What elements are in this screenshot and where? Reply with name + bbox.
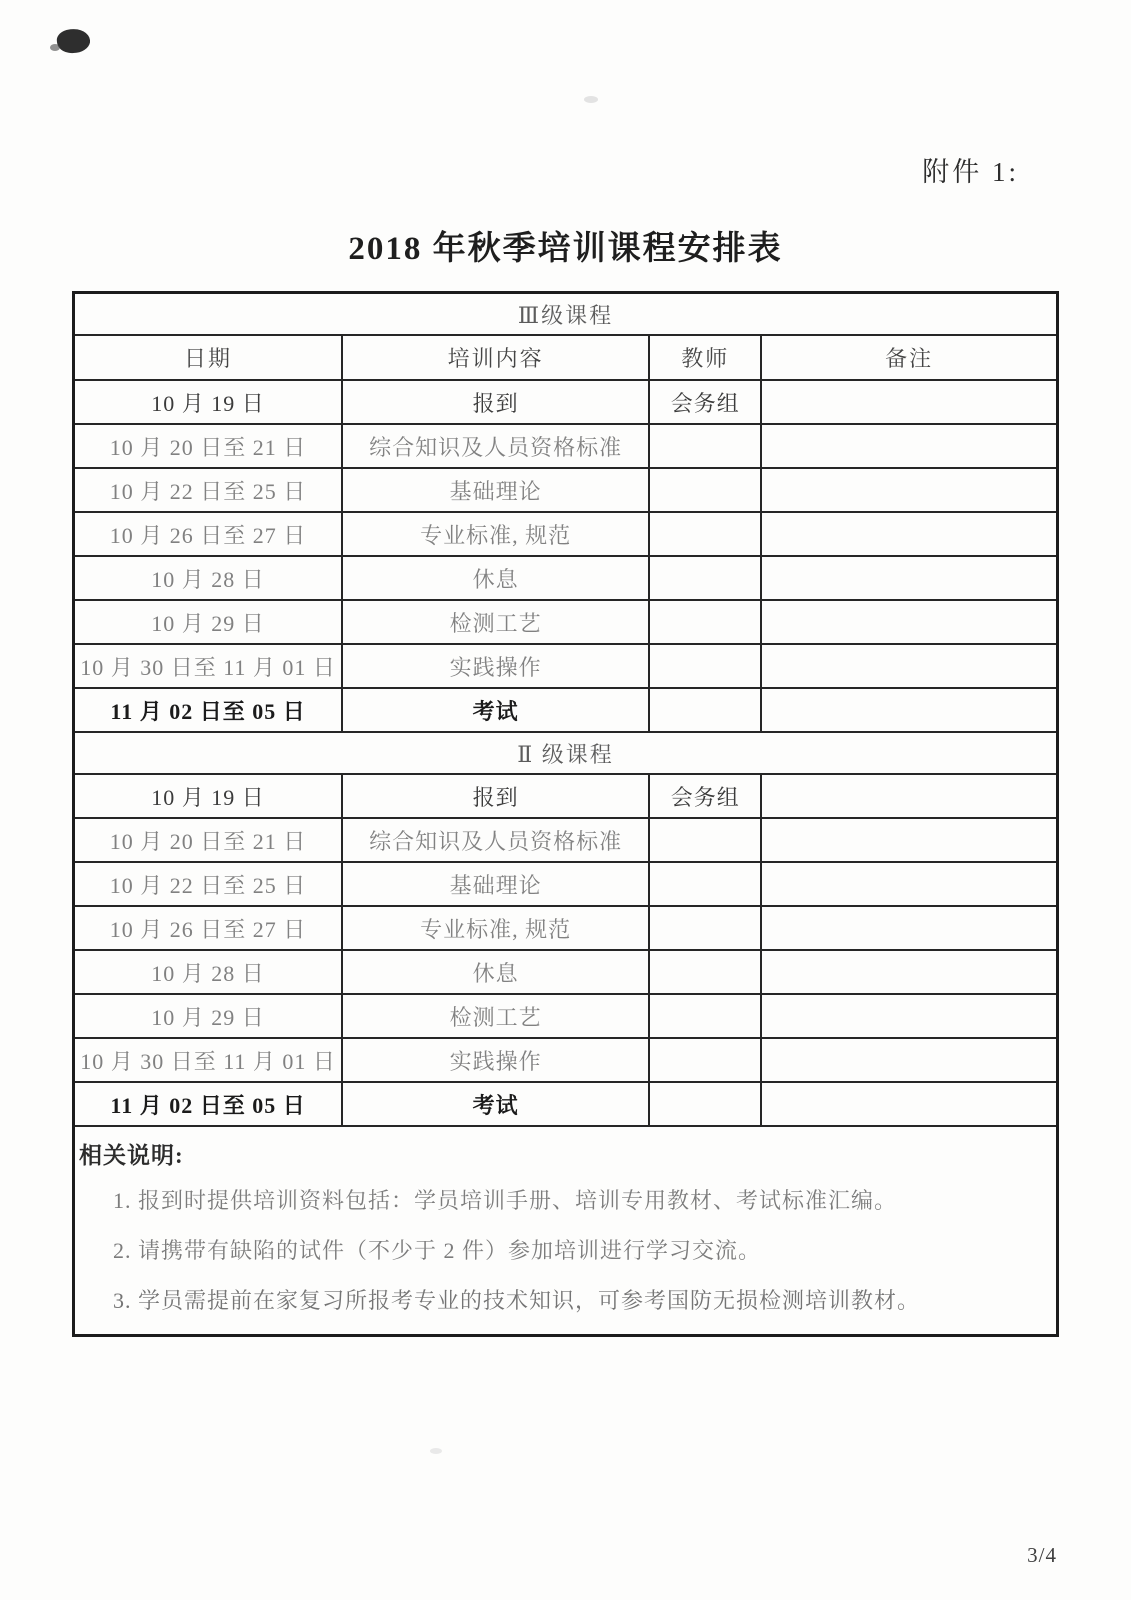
table-row: 10 月 22 日至 25 日 基础理论 <box>74 468 1058 512</box>
cell-date: 10 月 26 日至 27 日 <box>74 906 343 950</box>
cell-remark <box>761 818 1057 862</box>
cell-date: 10 月 30 日至 11 月 01 日 <box>74 1038 343 1082</box>
notes-row: 相关说明: 1. 报到时提供培训资料包括：学员培训手册、培训专用教材、考试标准汇… <box>74 1126 1058 1336</box>
table-row: 10 月 29 日 检测工艺 <box>74 600 1058 644</box>
cell-content: 休息 <box>342 950 649 994</box>
notes-title: 相关说明: <box>79 1137 1048 1170</box>
cell-content: 基础理论 <box>342 468 649 512</box>
section-header-label: Ⅱ 级课程 <box>74 732 1058 774</box>
schedule-table: Ⅲ级课程 日期 培训内容 教师 备注 10 月 19 日 报到 会务组 <box>72 291 1059 1337</box>
table-row: 10 月 19 日 报到 会务组 <box>74 774 1058 818</box>
cell-teacher <box>649 468 761 512</box>
cell-date: 10 月 28 日 <box>74 950 343 994</box>
cell-date: 10 月 22 日至 25 日 <box>74 468 343 512</box>
scan-smudge <box>584 96 598 103</box>
note-item: 1. 报到时提供培训资料包括：学员培训手册、培训专用教材、考试标准汇编。 <box>113 1184 1048 1215</box>
cell-content: 综合知识及人员资格标准 <box>342 818 649 862</box>
cell-content: 报到 <box>342 774 649 818</box>
table-row: 10 月 26 日至 27 日 专业标准, 规范 <box>74 906 1058 950</box>
cell-date: 10 月 26 日至 27 日 <box>74 512 343 556</box>
cell-date: 10 月 22 日至 25 日 <box>74 862 343 906</box>
cell-remark <box>761 644 1057 688</box>
cell-content: 专业标准, 规范 <box>342 512 649 556</box>
cell-teacher <box>649 994 761 1038</box>
cell-remark <box>761 512 1057 556</box>
section-header-label: Ⅲ级课程 <box>74 293 1058 336</box>
cell-content: 实践操作 <box>342 1038 649 1082</box>
cell-remark <box>761 1038 1057 1082</box>
notes-section: 相关说明: 1. 报到时提供培训资料包括：学员培训手册、培训专用教材、考试标准汇… <box>74 1126 1058 1336</box>
cell-date: 10 月 28 日 <box>74 556 343 600</box>
cell-teacher <box>649 600 761 644</box>
cell-remark <box>761 600 1057 644</box>
table-row: 10 月 20 日至 21 日 综合知识及人员资格标准 <box>74 424 1058 468</box>
table-row: 10 月 28 日 休息 <box>74 556 1058 600</box>
cell-remark <box>761 380 1057 424</box>
cell-remark <box>761 906 1057 950</box>
table-row: 10 月 19 日 报到 会务组 <box>74 380 1058 424</box>
note-item: 2. 请携带有缺陷的试件（不少于 2 件）参加培训进行学习交流。 <box>113 1234 1048 1265</box>
cell-remark <box>761 950 1057 994</box>
cell-remark <box>761 688 1057 732</box>
table-row: 10 月 20 日至 21 日 综合知识及人员资格标准 <box>74 818 1058 862</box>
column-header-teacher: 教师 <box>649 335 761 380</box>
page-title: 2018 年秋季培训课程安排表 <box>0 222 1131 269</box>
cell-date: 10 月 30 日至 11 月 01 日 <box>74 644 343 688</box>
cell-content: 实践操作 <box>342 644 649 688</box>
cell-content: 报到 <box>342 380 649 424</box>
scan-artifact-blob <box>56 27 92 55</box>
table-row: 10 月 29 日 检测工艺 <box>74 994 1058 1038</box>
cell-teacher <box>649 644 761 688</box>
attachment-label: 附件 1: <box>922 150 1019 189</box>
cell-date: 10 月 19 日 <box>74 380 343 424</box>
cell-teacher <box>649 862 761 906</box>
scan-artifact-speck <box>50 44 60 51</box>
cell-content: 休息 <box>342 556 649 600</box>
cell-date: 11 月 02 日至 05 日 <box>74 688 343 732</box>
cell-date: 10 月 19 日 <box>74 774 343 818</box>
cell-date: 10 月 20 日至 21 日 <box>74 424 343 468</box>
cell-teacher: 会务组 <box>649 380 761 424</box>
cell-content: 综合知识及人员资格标准 <box>342 424 649 468</box>
cell-content: 考试 <box>342 1082 649 1126</box>
cell-date: 10 月 29 日 <box>74 994 343 1038</box>
cell-teacher <box>649 1038 761 1082</box>
table-row: 11 月 02 日至 05 日 考试 <box>74 688 1058 732</box>
cell-content: 专业标准, 规范 <box>342 906 649 950</box>
cell-teacher <box>649 950 761 994</box>
cell-content: 考试 <box>342 688 649 732</box>
table-row: 10 月 30 日至 11 月 01 日 实践操作 <box>74 644 1058 688</box>
cell-teacher: 会务组 <box>649 774 761 818</box>
table-row: 10 月 22 日至 25 日 基础理论 <box>74 862 1058 906</box>
page-number: 3/4 <box>1027 1543 1057 1568</box>
cell-date: 10 月 29 日 <box>74 600 343 644</box>
scanned-document-page: 附件 1: 2018 年秋季培训课程安排表 Ⅲ级课程 日期 培训内容 教师 <box>0 0 1131 1600</box>
cell-content: 检测工艺 <box>342 994 649 1038</box>
table-row: 10 月 28 日 休息 <box>74 950 1058 994</box>
cell-teacher <box>649 512 761 556</box>
table-row: 10 月 30 日至 11 月 01 日 实践操作 <box>74 1038 1058 1082</box>
cell-teacher <box>649 906 761 950</box>
table-row: 10 月 26 日至 27 日 专业标准, 规范 <box>74 512 1058 556</box>
column-header-content: 培训内容 <box>342 335 649 380</box>
cell-content: 基础理论 <box>342 862 649 906</box>
cell-teacher <box>649 818 761 862</box>
cell-teacher <box>649 424 761 468</box>
scan-smudge <box>430 1448 442 1454</box>
cell-teacher <box>649 556 761 600</box>
column-header-row: 日期 培训内容 教师 备注 <box>74 335 1058 380</box>
cell-content: 检测工艺 <box>342 600 649 644</box>
cell-remark <box>761 424 1057 468</box>
table-row: 11 月 02 日至 05 日 考试 <box>74 1082 1058 1126</box>
section-header-level-2: Ⅱ 级课程 <box>74 732 1058 774</box>
cell-date: 11 月 02 日至 05 日 <box>74 1082 343 1126</box>
cell-remark <box>761 1082 1057 1126</box>
note-item: 3. 学员需提前在家复习所报考专业的技术知识，可参考国防无损检测培训教材。 <box>113 1284 1048 1315</box>
cell-remark <box>761 468 1057 512</box>
cell-remark <box>761 862 1057 906</box>
column-header-date: 日期 <box>74 335 343 380</box>
cell-date: 10 月 20 日至 21 日 <box>74 818 343 862</box>
column-header-remark: 备注 <box>761 335 1057 380</box>
cell-teacher <box>649 1082 761 1126</box>
cell-remark <box>761 774 1057 818</box>
cell-teacher <box>649 688 761 732</box>
section-header-level-3: Ⅲ级课程 <box>74 293 1058 336</box>
cell-remark <box>761 556 1057 600</box>
cell-remark <box>761 994 1057 1038</box>
